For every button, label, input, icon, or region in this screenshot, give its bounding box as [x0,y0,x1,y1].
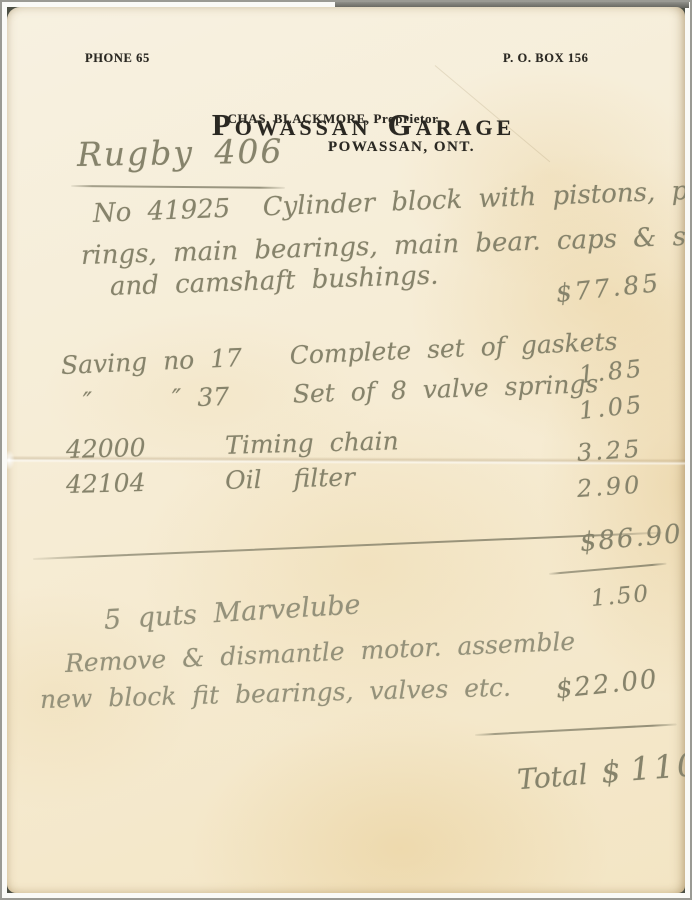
oil-line-amount: 1.50 [590,581,651,612]
total-amount: 110.40 [629,740,685,788]
paper-edge-notch [7,450,15,470]
invoice-paper: PHONE 65 P. O. BOX 156 PowassanGarage CH… [7,7,685,893]
part-row-amount-oil-filter: 2.90 [576,470,643,502]
part-row-desc-valve-springs: ″ ″ 37 Set of 8 valve springs [82,369,598,416]
proprietor-line: CHAS. BLACKMORE, Proprietor [7,111,672,127]
total-label: Total [516,758,589,796]
total-currency-symbol: $ [600,754,622,790]
subtotal-underline [549,563,667,575]
job-amount: $77.85 [554,268,662,308]
scanned-invoice-photo: PHONE 65 P. O. BOX 156 PowassanGarage CH… [0,0,692,900]
part-row-amount-valve-springs: 1.05 [578,390,646,425]
labor-amount: $22.00 [554,664,660,705]
labor-desc-line-1: Remove & dismantle motor. assemble [64,627,575,678]
vehicle-heading: Rugby 406 [77,131,284,174]
total-line: Total$110.40 [416,710,685,834]
vehicle-underline [71,185,285,189]
subtotal-rule [33,532,663,560]
po-box-label: P. O. BOX 156 [503,51,588,66]
part-row-desc-oil-filter: 42104 Oil filter [66,462,356,499]
location-line: POWASSAN, ONT. [328,139,475,156]
subtotal-amount: $86.90 [579,519,684,558]
labor-desc-line-2: new block fit bearings, valves etc. [40,673,512,714]
job-desc-line-1: No 41925 Cylinder block with pistons, pi… [92,174,685,229]
phone-label: PHONE 65 [85,51,150,66]
oil-line-desc: 5 quts Marvelube [103,589,361,636]
